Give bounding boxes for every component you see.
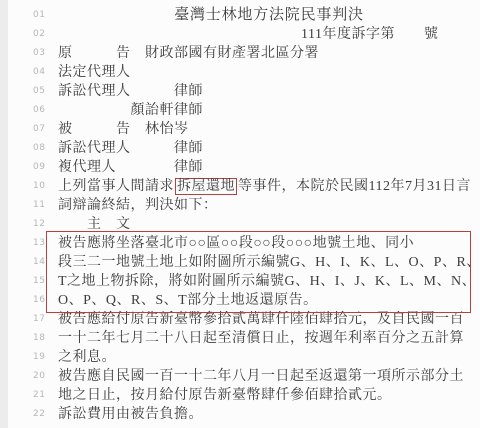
text-segment: 之利息。	[58, 350, 116, 365]
text-segment: 被 告 林怡岑	[58, 122, 189, 137]
judgment-line: 08 訴訟代理人 律師	[8, 139, 480, 158]
line-number: 13	[8, 234, 58, 253]
line-number: 16	[8, 291, 58, 310]
text-segment: 訴訟費用由被告負擔。	[58, 407, 203, 422]
line-text: 被告應自民國一百一十二年八月一日起至返還第一項所示部分土	[58, 367, 464, 386]
judgment-line: 16 O、P、Q、R、S、T部分土地返還原告。	[8, 291, 480, 310]
line-text: 被告應將坐落臺北市○○區○○段○○段○○○地號土地、同小	[58, 234, 414, 253]
text-segment: 被告應將坐落臺北市○○區○○段○○段○○○地號土地、同小	[58, 236, 414, 251]
line-text: 111年度訴字第 號	[58, 25, 438, 44]
line-number: 21	[8, 386, 58, 405]
line-number: 04	[8, 63, 58, 82]
line-number: 09	[8, 158, 58, 177]
text-segment: 訴訟代理人 律師	[58, 141, 203, 156]
line-text: 上列當事人間請求拆屋還地等事件，本院於民國112年7月31日言	[58, 177, 471, 196]
judgment-line: 04 法定代理人	[8, 63, 480, 82]
line-text: 訴訟代理人 律師	[58, 139, 203, 158]
line-text: T之地上物拆除，將如附圖所示編號G、H、I、J、K、L、M、N、	[58, 272, 476, 291]
text-segment: 一十二年七月二十八日起至清償日止，按週年利率百分之五計算	[58, 331, 464, 346]
line-text: 被 告 林怡岑	[58, 120, 189, 139]
line-number: 11	[8, 196, 58, 215]
text-segment: 原 告 財政部國有財產署北區分署	[58, 46, 319, 61]
line-text: 之利息。	[58, 348, 116, 367]
text-segment: 上列當事人間請求	[58, 179, 174, 194]
text-segment: 顏詒軒律師	[58, 103, 203, 118]
text-segment: O、P、Q、R、S、T部分土地返還原告。	[58, 293, 318, 308]
judgment-line: 17 被告應給付原告新臺幣參拾貳萬肆仟陸佰肆拾元，及自民國一百	[8, 310, 480, 329]
line-number: 18	[8, 329, 58, 348]
text-segment: 111年度訴字第 號	[301, 27, 438, 42]
judgment-line: 10 上列當事人間請求拆屋還地等事件，本院於民國112年7月31日言	[8, 177, 480, 196]
line-text: 複代理人 律師	[58, 158, 203, 177]
text-segment: T之地上物拆除，將如附圖所示編號G、H、I、J、K、L、M、N、	[58, 274, 476, 289]
line-number: 03	[8, 44, 58, 63]
line-number: 10	[8, 177, 58, 196]
line-text: 詞辯論終結，判決如下：	[58, 196, 218, 215]
text-segment: 訴訟代理人 律師	[58, 84, 203, 99]
line-number: 06	[8, 101, 58, 120]
line-text: 被告應給付原告新臺幣參拾貳萬肆仟陸佰肆拾元，及自民國一百	[58, 310, 464, 329]
text-segment: 等事件，本院於民國112年7月31日言	[238, 179, 471, 194]
judgment-line: 07 被 告 林怡岑	[8, 120, 480, 139]
line-text: 臺灣士林地方法院民事判決	[58, 6, 480, 25]
text-segment: 詞辯論終結，判決如下：	[58, 198, 218, 213]
line-number: 22	[8, 405, 58, 424]
line-number: 12	[8, 215, 58, 234]
judgment-line: 20 被告應自民國一百一十二年八月一日起至返還第一項所示部分土	[8, 367, 480, 386]
text-segment: 法定代理人	[58, 65, 131, 80]
line-number: 01	[8, 6, 58, 25]
inline-highlight-box: 拆屋還地	[175, 178, 237, 195]
line-number: 19	[8, 348, 58, 367]
judgment-line: 12 主 文	[8, 215, 480, 234]
line-number: 14	[8, 253, 58, 272]
line-text: 主 文	[58, 215, 131, 234]
line-number: 02	[8, 25, 58, 44]
line-text: 訴訟費用由被告負擔。	[58, 405, 203, 424]
line-text: 顏詒軒律師	[58, 101, 203, 120]
line-text: 一十二年七月二十八日起至清償日止，按週年利率百分之五計算	[58, 329, 464, 348]
judgment-line: 09 複代理人 律師	[8, 158, 480, 177]
text-segment: 主 文	[58, 217, 131, 232]
judgment-line: 05 訴訟代理人 律師	[8, 82, 480, 101]
text-segment: 被告應自民國一百一十二年八月一日起至返還第一項所示部分土	[58, 369, 464, 384]
line-number: 07	[8, 120, 58, 139]
line-text: 原 告 財政部國有財產署北區分署	[58, 44, 319, 63]
judgment-line: 15 T之地上物拆除，將如附圖所示編號G、H、I、J、K、L、M、N、	[8, 272, 480, 291]
text-segment: 段三二一地號土地上如附圖所示編號G、H、I、K、L、O、P、R、	[58, 255, 480, 270]
line-text: 訴訟代理人 律師	[58, 82, 203, 101]
line-text: 地之日止，按月給付原告新臺幣肆仟參佰肆拾貳元。	[58, 386, 392, 405]
line-number: 05	[8, 82, 58, 101]
judgment-line: 01 臺灣士林地方法院民事判決	[8, 6, 480, 25]
text-segment: 被告應給付原告新臺幣參拾貳萬肆仟陸佰肆拾元，及自民國一百	[58, 312, 464, 327]
judgment-line: 19 之利息。	[8, 348, 480, 367]
document-page: 01 臺灣士林地方法院民事判決 02 111年度訴字第 號 03 原 告 財政部…	[8, 0, 480, 428]
text-segment: 臺灣士林地方法院民事判決	[174, 7, 364, 23]
text-segment: 地之日止，按月給付原告新臺幣肆仟參佰肆拾貳元。	[58, 388, 392, 403]
judgment-line: 21 地之日止，按月給付原告新臺幣肆仟參佰肆拾貳元。	[8, 386, 480, 405]
line-text: O、P、Q、R、S、T部分土地返還原告。	[58, 291, 318, 310]
judgment-line: 22 訴訟費用由被告負擔。	[8, 405, 480, 424]
line-text: 段三二一地號土地上如附圖所示編號G、H、I、K、L、O、P、R、	[58, 253, 480, 272]
judgment-line: 06 顏詒軒律師	[8, 101, 480, 120]
judgment-line: 14 段三二一地號土地上如附圖所示編號G、H、I、K、L、O、P、R、	[8, 253, 480, 272]
judgment-text-body: 01 臺灣士林地方法院民事判決 02 111年度訴字第 號 03 原 告 財政部…	[8, 0, 480, 424]
judgment-line: 02 111年度訴字第 號	[8, 25, 480, 44]
text-segment: 複代理人 律師	[58, 160, 203, 175]
line-number: 20	[8, 367, 58, 386]
line-number: 08	[8, 139, 58, 158]
judgment-line: 18 一十二年七月二十八日起至清償日止，按週年利率百分之五計算	[8, 329, 480, 348]
line-text: 法定代理人	[58, 63, 131, 82]
line-number: 15	[8, 272, 58, 291]
judgment-line: 11 詞辯論終結，判決如下：	[8, 196, 480, 215]
line-number: 17	[8, 310, 58, 329]
judgment-line: 13 被告應將坐落臺北市○○區○○段○○段○○○地號土地、同小	[8, 234, 480, 253]
judgment-line: 03 原 告 財政部國有財產署北區分署	[8, 44, 480, 63]
